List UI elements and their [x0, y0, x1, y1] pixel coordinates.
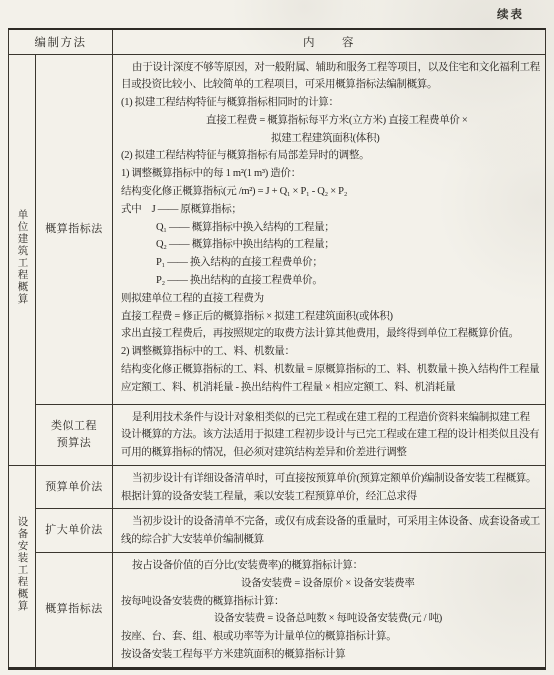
category-equipment-installation-estimate: 设备安装工程概算 [9, 465, 36, 668]
content-line: 结构变化修正概算指标(元 /m²) = J + Q₁ × P₁ - Q₂ × P… [121, 183, 540, 201]
content-budget-index-equipment: 按占设备价值的百分比(安装费率)的概算指标计算：设备安装费 = 设备原价 × 设… [113, 553, 546, 669]
content-line: 当初步设计有详细设备清单时，可直接按预算单价(预算定额单价)编制设备安装工程概算… [121, 470, 540, 488]
content-expanded-unit-price: 当初步设计的设备清单不完备，或仅有成套设备的重量时，可采用主体设备、成套设备或工… [113, 509, 546, 553]
category-unit-building-estimate: 单位建筑工程概算 [9, 54, 36, 465]
content-line: 可用的概算指标的情况，但必须对建筑结构差异和价差进行调整 [121, 444, 540, 462]
method-budget-index-equipment: 概算指标法 [36, 553, 113, 669]
content-line: 直接工程费 = 概算指标每平方米(立方米) 直接工程费单价 × [121, 112, 540, 130]
content-line: (1) 拟建工程结构特征与概算指标相同时的计算： [121, 94, 540, 112]
content-line: 应定额工、料、机消耗量 - 换出结构件工程量 × 相应定额工、料、机消耗量 [121, 379, 540, 397]
method-expanded-unit-price: 扩大单价法 [36, 509, 113, 553]
content-budget-index: 由于设计深度不够等原因，对一般附属、辅助和服务工程等项目，以及住宅和文化福利工程… [113, 54, 546, 404]
content-line: 拟建工程建筑面积(体积) [121, 130, 540, 148]
content-line: 则拟建单位工程的直接工程费为 [121, 290, 540, 308]
content-line: 目或投资比较小、比较简单的工程项目，可采用概算指标法编制概算。 [121, 76, 540, 94]
content-line: 是利用技术条件与设计对象相类似的已完工程或在建工程的工程造价资料来编制拟建工程 [121, 409, 540, 427]
content-line: 当初步设计的设备清单不完备，或仅有成套设备的重量时，可采用主体设备、成套设备或工… [121, 513, 540, 531]
content-budget-unit-price: 当初步设计有详细设备清单时，可直接按预算单价(预算定额单价)编制设备安装工程概算… [113, 465, 546, 509]
method-similar-project-budget: 类似工程 预算法 [36, 404, 113, 465]
estimate-methods-table: 编制方法 内 容 单位建筑工程概算 概算指标法 由于设计深度不够等原因，对一般附… [8, 28, 546, 670]
header-method-column: 编制方法 [9, 29, 113, 54]
content-line: 2) 调整概算指标中的工、料、机数量： [121, 343, 540, 361]
content-line: 结构变化修正概算指标的工、料、机数量 = 原概算指标的工、料、机数量＋换入结构件… [121, 361, 540, 379]
content-line: 按占设备价值的百分比(安装费率)的概算指标计算： [121, 557, 540, 575]
method-budget-index: 概算指标法 [36, 54, 113, 404]
content-line: 设备安装费 = 设备原价 × 设备安装费率 [121, 575, 540, 593]
category-label: 单位建筑工程概算 [15, 209, 30, 305]
content-line: 按设备安装工程每平方米建筑面积的概算指标计算 [121, 646, 540, 664]
category-label: 设备安装工程概算 [15, 516, 30, 612]
content-line: 线的综合扩大安装单价编制概算 [121, 531, 540, 549]
continued-table-label: 续表 [497, 6, 524, 22]
content-line: 根据计算的设备安装工程量，乘以安装工程预算单价，经汇总求得 [121, 488, 540, 506]
content-line: 求出直接工程费后，再按照规定的取费方法计算其他费用，最终得到单位工程概算价值。 [121, 325, 540, 343]
content-line: 按座、台、套、组、根或功率等为计量单位的概算指标计算。 [121, 628, 540, 646]
content-line: P₁ —— 换入结构的直接工程费单价； [121, 254, 540, 272]
scanned-document-page: { "page": { "continued_label": "续表" }, "… [0, 0, 554, 675]
header-content-column: 内 容 [113, 29, 546, 54]
content-line: 设备安装费 = 设备总吨数 × 每吨设备安装费(元 / 吨) [121, 610, 540, 628]
content-line: 由于设计深度不够等原因，对一般附属、辅助和服务工程等项目，以及住宅和文化福利工程… [121, 59, 540, 77]
content-line: (2) 拟建工程结构特征与概算指标有局部差异时的调整。 [121, 147, 540, 165]
content-line: 式中 J —— 原概算指标； [121, 201, 540, 219]
content-line: 设计概算的方法。该方法适用于拟建工程初步设计与已完工程或在建工程的设计相类似且没… [121, 426, 540, 444]
content-line: Q₁ —— 概算指标中换入结构的工程量； [121, 219, 540, 237]
content-line: 直接工程费 = 修正后的概算指标 × 拟建工程建筑面积(或体积) [121, 308, 540, 326]
content-line: 按每吨设备安装费的概算指标计算： [121, 593, 540, 611]
content-line: Q₂ —— 概算指标中换出结构的工程量； [121, 236, 540, 254]
content-line: 1) 调整概算指标中的每 1 m²(1 m³) 造价： [121, 165, 540, 183]
method-budget-unit-price: 预算单价法 [36, 465, 113, 509]
content-line: P₂ —— 换出结构的直接工程费单价。 [121, 272, 540, 290]
content-similar-project-budget: 是利用技术条件与设计对象相类似的已完工程或在建工程的工程造价资料来编制拟建工程设… [113, 404, 546, 465]
